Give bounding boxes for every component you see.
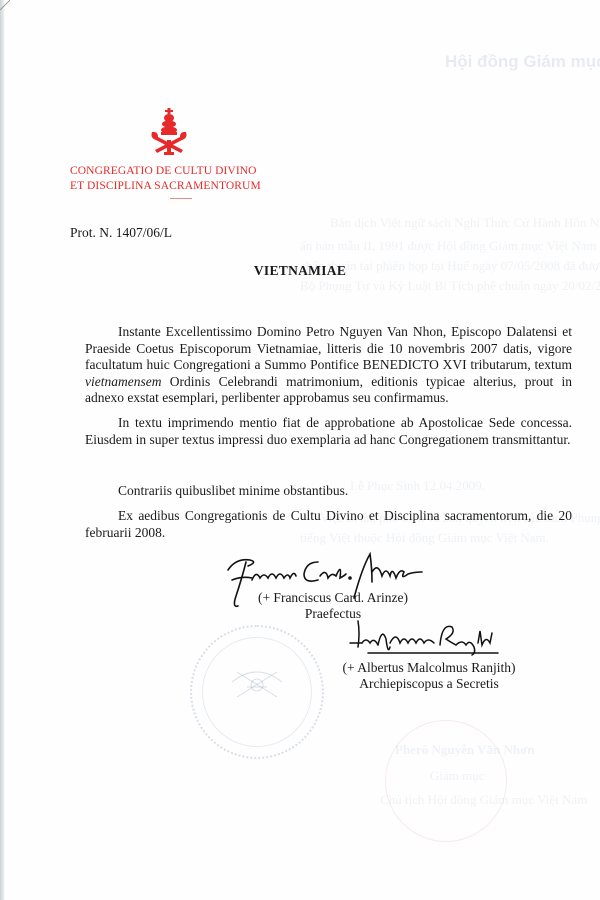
- paragraph-approval: Instante Excellentissimo Domino Petro Ng…: [85, 324, 572, 407]
- document-page: Hội đồng Giám mục Việt Nam Bản dịch Việt…: [0, 0, 600, 900]
- letterhead-line1: CONGREGATIO DE CULTU DIVINO: [70, 164, 261, 179]
- bleed-through-title: Hội đồng Giám mục Việt Nam: [445, 52, 600, 72]
- paragraph-text: In textu imprimendo mentio fiat de appro…: [85, 415, 572, 447]
- embossed-seal-icon: [190, 625, 324, 759]
- document-heading: VIETNAMIAE: [0, 263, 600, 279]
- faint-seal-icon: [385, 720, 507, 842]
- paragraph-text: Contrariis quibuslibet minime obstantibu…: [118, 483, 348, 498]
- protocol-number: Prot. N. 1407/06/L: [70, 225, 172, 241]
- paragraph-printing: In textu imprimendo mentio fiat de appro…: [85, 415, 572, 448]
- bleed-through-line: ấn bản mẫu II, 1991 được Hội đồng Giám m…: [300, 238, 597, 254]
- paragraph-text: Ex aedibus Congregationis de Cultu Divin…: [85, 508, 572, 540]
- paragraph-contrariis: Contrariis quibuslibet minime obstantibu…: [85, 483, 572, 500]
- signatory-title: Archiepiscopus a Secretis: [330, 676, 528, 692]
- paragraph-date: Ex aedibus Congregationis de Cultu Divin…: [85, 508, 572, 541]
- corner-mark: [0, 0, 10, 10]
- paragraph-italic-text: vietnamensem: [85, 374, 161, 389]
- signatory-ranjith: (+ Albertus Malcolmus Ranjith) Archiepis…: [330, 660, 528, 692]
- handwritten-signature-ranjith-icon: [348, 617, 508, 664]
- signatory-name: (+ Albertus Malcolmus Ranjith): [330, 660, 528, 676]
- letterhead-line2: ET DISCIPLINA SACRAMENTORUM: [70, 179, 261, 194]
- congregation-letterhead: CONGREGATIO DE CULTU DIVINO ET DISCIPLIN…: [70, 164, 261, 199]
- paragraph-text: Instante Excellentissimo Domino Petro Ng…: [85, 324, 572, 372]
- bleed-through-line: Bộ Phụng Tự và Kỷ Luật Bí Tích phê chuẩn…: [300, 278, 600, 294]
- scan-edge: [0, 0, 5, 900]
- papal-tiara-crossed-keys-icon: [148, 108, 190, 158]
- signatory-name: (+ Franciscus Card. Arinze): [248, 590, 418, 606]
- letterhead-divider: [170, 198, 192, 199]
- bleed-through-line: Bản dịch Việt ngữ sách Nghi Thức Cử Hành…: [330, 215, 600, 231]
